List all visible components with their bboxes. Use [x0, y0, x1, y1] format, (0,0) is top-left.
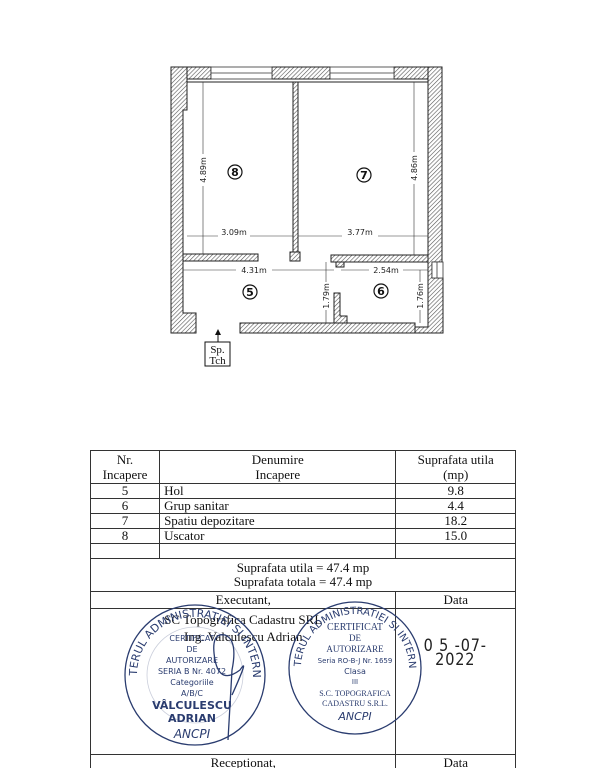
room-name: Spatiu depozitare	[160, 514, 396, 529]
dim-room8-width: 3.09m	[221, 228, 247, 237]
room-label-8: 8	[228, 165, 242, 179]
room-area: 15.0	[396, 529, 516, 544]
stamp-left: MINISTERUL ADMINISTRATIEI SI INTERNELOR …	[120, 600, 270, 750]
svg-text:CERTIFICAT: CERTIFICAT	[169, 634, 214, 643]
dim-room6-height: 1.76m	[416, 283, 425, 309]
room-area: 9.8	[396, 484, 516, 499]
dim-room8-height: 4.89m	[199, 157, 208, 183]
svg-text:A/B/C: A/B/C	[181, 689, 203, 698]
total-useful-area: Suprafata utila = 47.4 mp	[91, 561, 515, 575]
totals-row: Suprafata utila = 47.4 mp Suprafata tota…	[91, 559, 516, 592]
table-row: 7 Spatiu depozitare 18.2	[91, 514, 516, 529]
svg-text:Tch: Tch	[209, 355, 226, 367]
table-header: Nr.Incapere DenumireIncapere Suprafata u…	[91, 451, 516, 484]
svg-text:7: 7	[360, 169, 368, 182]
arrow-up-icon	[215, 329, 221, 335]
room-label-7: 7	[357, 168, 371, 182]
svg-text:6: 6	[377, 285, 385, 298]
svg-text:ANCPI: ANCPI	[337, 710, 371, 723]
room-label-5: 5	[243, 285, 257, 299]
svg-text:S.C. TOPOGRAFICA: S.C. TOPOGRAFICA	[319, 689, 391, 698]
room-nr: 5	[91, 484, 160, 499]
sp-tech-label: Sp. Tch	[205, 329, 230, 367]
svg-text:Categoriile: Categoriile	[170, 678, 213, 687]
svg-text:5: 5	[246, 286, 254, 299]
data-label-2: Data	[396, 755, 516, 768]
dim-room7-height: 4.86m	[410, 155, 419, 181]
dim-room6-width: 2.54m	[373, 266, 399, 275]
svg-text:CADASTRU S.R.L.: CADASTRU S.R.L.	[322, 699, 388, 708]
svg-text:8: 8	[231, 166, 239, 179]
dim-room5-height: 1.79m	[322, 283, 331, 309]
svg-text:AUTORIZARE: AUTORIZARE	[166, 656, 218, 665]
stamp-right: MINISTERUL ADMINISTRATIEI SI INTERNELOR …	[285, 598, 425, 738]
room-nr: 8	[91, 529, 160, 544]
header-nr: Nr.Incapere	[103, 452, 148, 482]
room-label-6: 6	[374, 284, 388, 298]
room-area: 4.4	[396, 499, 516, 514]
header-name: DenumireIncapere	[252, 452, 304, 482]
svg-text:AUTORIZARE: AUTORIZARE	[326, 644, 384, 654]
svg-text:DE: DE	[349, 633, 361, 643]
walls	[171, 67, 443, 333]
room-nr: 6	[91, 499, 160, 514]
svg-text:VÂLCULESCU: VÂLCULESCU	[152, 699, 232, 712]
table-row: 8 Uscator 15.0	[91, 529, 516, 544]
dim-room5-width: 4.31m	[241, 266, 267, 275]
svg-text:SERIA B Nr. 4072: SERIA B Nr. 4072	[158, 667, 226, 676]
room-name: Uscator	[160, 529, 396, 544]
table-row: 6 Grup sanitar 4.4	[91, 499, 516, 514]
svg-text:DE: DE	[186, 645, 197, 654]
room-area: 18.2	[396, 514, 516, 529]
receptionat-label: Receptionat,	[91, 755, 396, 768]
receptionat-header-row: Receptionat, Data	[91, 755, 516, 768]
header-area: Suprafata utila(mp)	[418, 452, 494, 482]
table-row-empty	[91, 544, 516, 559]
svg-text:III: III	[352, 678, 358, 686]
svg-text:Seria RO-B-J Nr. 1659: Seria RO-B-J Nr. 1659	[318, 657, 393, 665]
room-name: Hol	[160, 484, 396, 499]
svg-text:ADRIAN: ADRIAN	[168, 712, 216, 725]
svg-text:CERTIFICAT: CERTIFICAT	[327, 622, 383, 633]
table-row: 5 Hol 9.8	[91, 484, 516, 499]
room-nr: 7	[91, 514, 160, 529]
signature	[214, 635, 244, 740]
svg-text:ANCPI: ANCPI	[173, 727, 211, 741]
dim-room7-width: 3.77m	[347, 228, 373, 237]
room-name: Grup sanitar	[160, 499, 396, 514]
floor-plan: 3.09m 3.77m 4.31m 2.54m 4.89m 4.86m 1.79…	[0, 0, 592, 400]
svg-text:Clasa: Clasa	[344, 667, 366, 676]
total-overall-area: Suprafata totala = 47.4 mp	[91, 575, 515, 589]
